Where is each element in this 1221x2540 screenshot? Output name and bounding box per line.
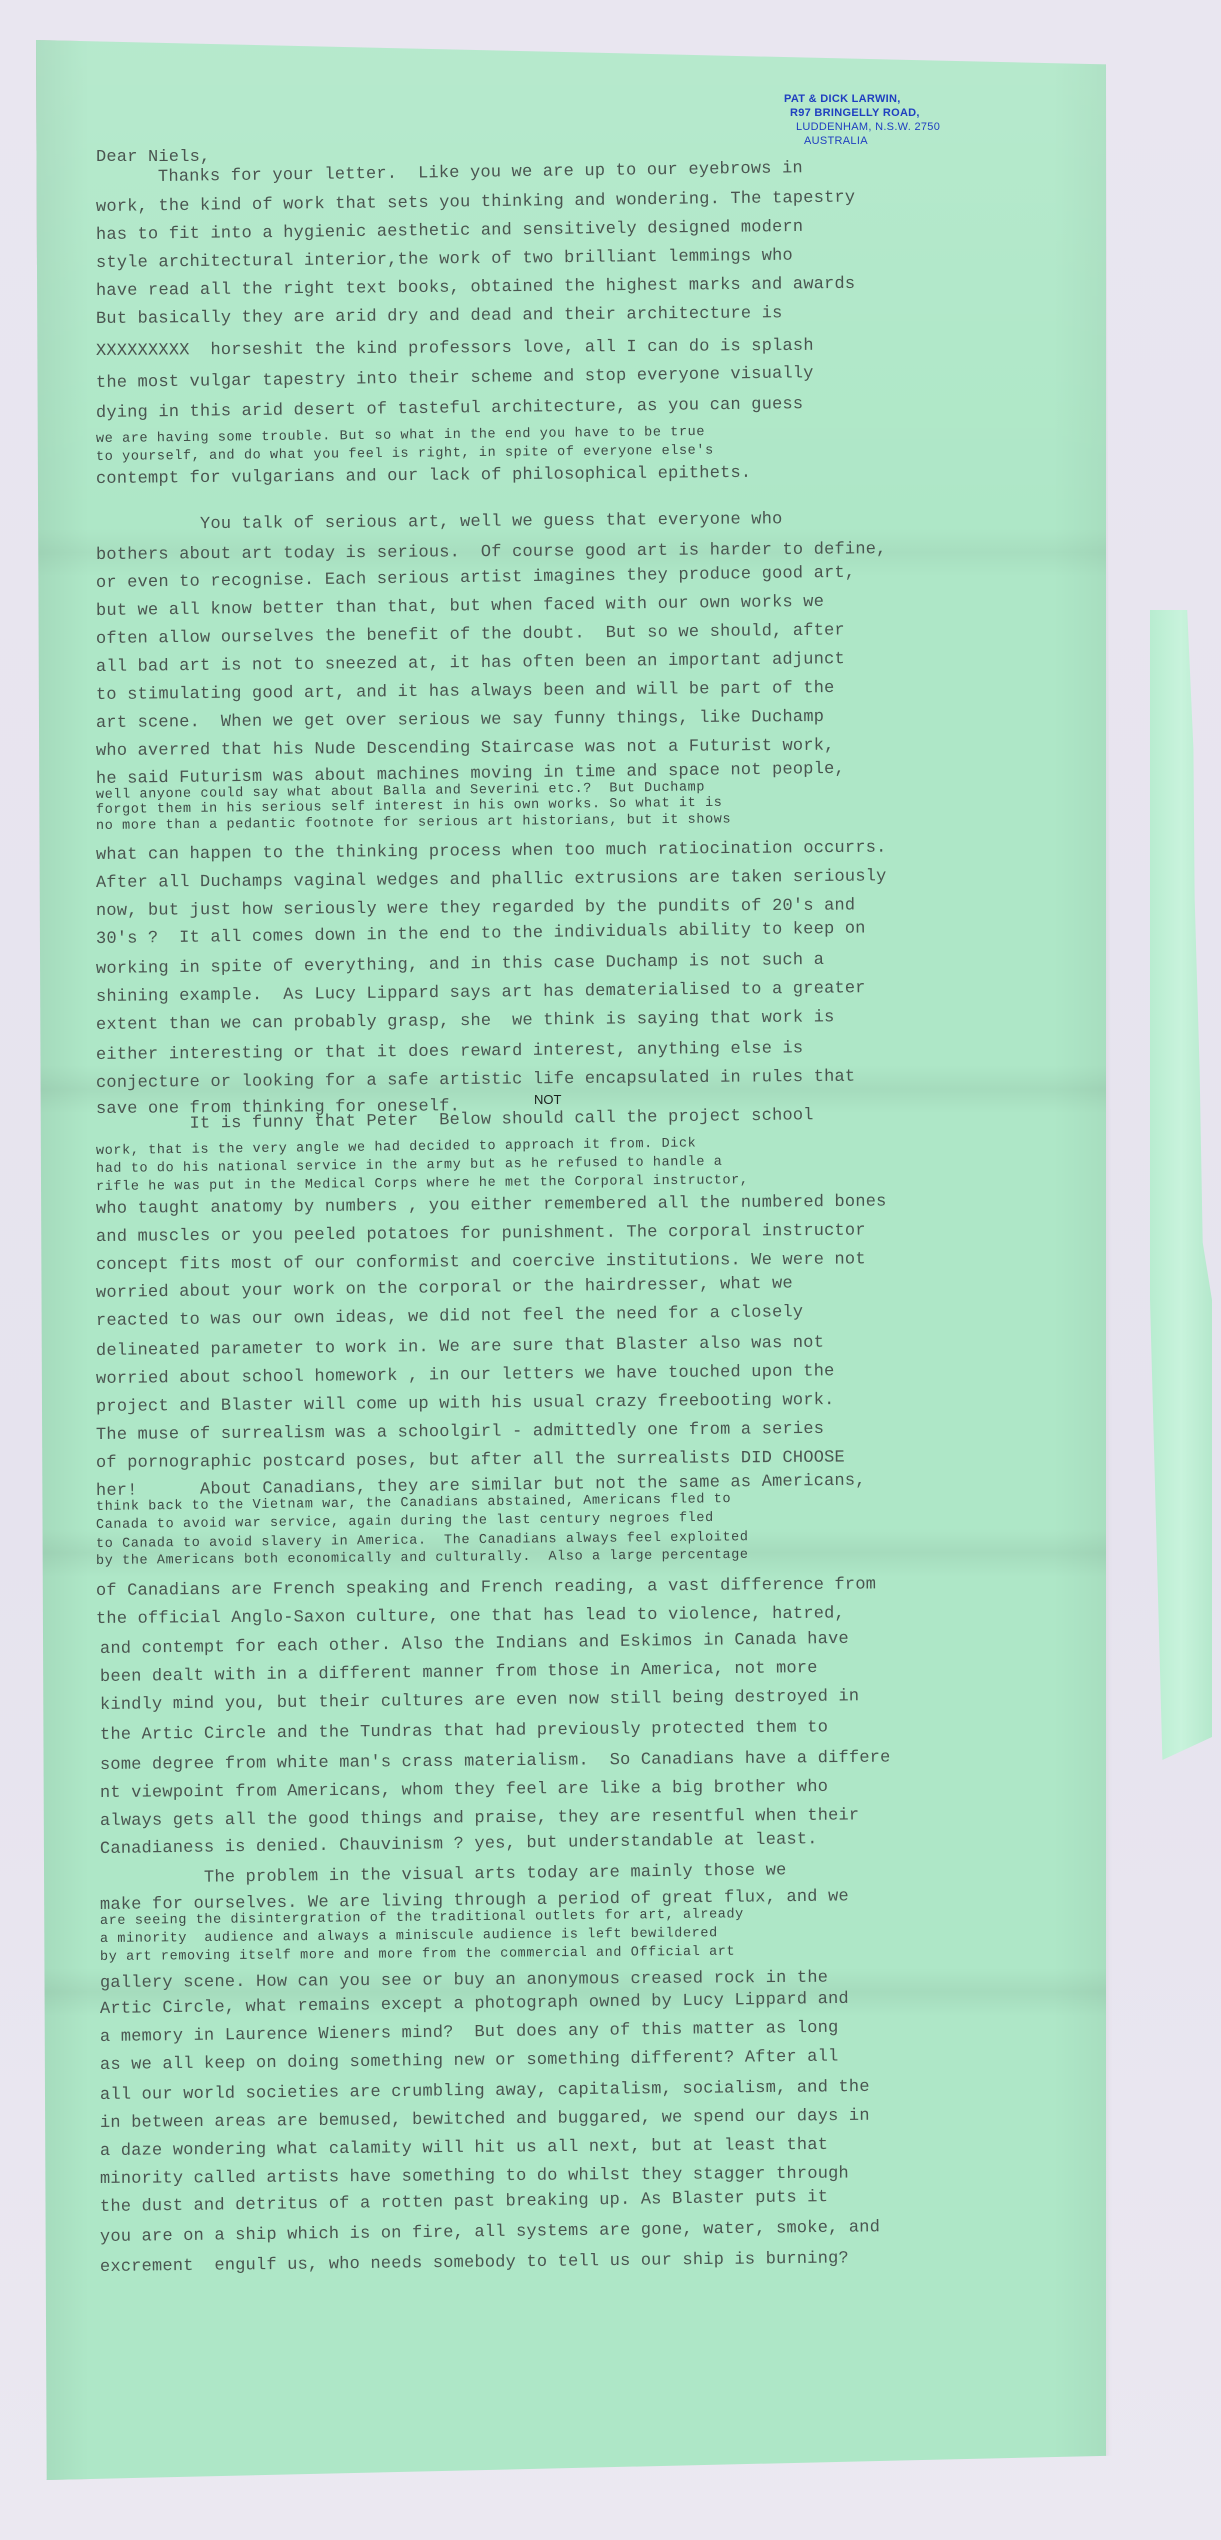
- letter-line: 30's ? It all comes down in the end to t…: [96, 920, 866, 949]
- letter-line: art scene. When we get over serious we s…: [96, 708, 824, 733]
- letter-line: work, the kind of work that sets you thi…: [96, 188, 856, 217]
- letter-line: delineated parameter to work in. We are …: [96, 1334, 824, 1361]
- letter-line: a memory in Laurence Wieners mind? But d…: [100, 2019, 839, 2047]
- letter-line: all bad art is not to sneezed at, it has…: [96, 650, 845, 677]
- letter-line: to yourself, and do what you feel is rig…: [96, 444, 714, 465]
- letter-line: been dealt with in a different manner fr…: [100, 1659, 818, 1687]
- letter-line: in between areas are bemused, bewitched …: [100, 2107, 870, 2133]
- letter-line: worried about school homework , in our l…: [96, 1362, 835, 1389]
- letter-line: and contempt for each other. Also the In…: [100, 1630, 849, 1659]
- letter-line: dying in this arid desert of tasteful ar…: [96, 395, 804, 423]
- letter-line: But basically they are arid dry and dead…: [96, 304, 783, 329]
- letter-line: Thanks for your letter. Like you we are …: [158, 159, 803, 187]
- letter-line: kindly mind you, but their cultures are …: [100, 1687, 859, 1715]
- letter-body: Dear Niels, NOT Thanks for your letter. …: [36, 40, 1106, 2480]
- letter-line: reacted to was our own ideas, we did not…: [96, 1303, 804, 1331]
- letter-line: working in spite of everything, and in t…: [96, 951, 824, 979]
- letter-line: conjecture or looking for a safe artisti…: [96, 1068, 855, 1093]
- letter-line: a daze wondering what calamity will hit …: [100, 2136, 828, 2161]
- folded-back-sheet: [1150, 610, 1212, 1760]
- salutation: Dear Niels,: [96, 148, 210, 167]
- letter-line: Canadianess is denied. Chauvinism ? yes,…: [100, 1830, 818, 1859]
- letter-line: always gets all the good things and prai…: [100, 1806, 859, 1831]
- letter-line: has to fit into a hygienic aesthetic and…: [96, 218, 804, 245]
- letter-line: bothers about art today is serious. Of c…: [96, 540, 887, 565]
- letter-line: you are on a ship which is on fire, all …: [100, 2218, 880, 2247]
- letter-line: by the Americans both economically and c…: [96, 1548, 749, 1569]
- letter-line: of Canadians are French speaking and Fre…: [96, 1575, 876, 1601]
- letter-line: a minority audience and always a miniscu…: [100, 1926, 718, 1947]
- letter-line: concept fits most of our conformist and …: [96, 1250, 866, 1275]
- letter-line: style architectural interior,the work of…: [96, 247, 793, 273]
- letter-line: who averred that his Nude Descending Sta…: [96, 737, 835, 761]
- letter-line: to stimulating good art, and it has alwa…: [96, 679, 835, 705]
- letter-line: the official Anglo-Saxon culture, one th…: [96, 1605, 845, 1629]
- letter-line: all our world societies are crumbling aw…: [100, 2078, 870, 2105]
- letter-line: Artic Circle, what remains except a phot…: [100, 1990, 849, 2019]
- letter-line: excrement engulf us, who needs somebody …: [100, 2249, 849, 2277]
- handwritten-insert-not: NOT: [534, 1092, 561, 1107]
- letter-line: but we all know better than that, but wh…: [96, 593, 824, 621]
- letter-line: what can happen to the thinking process …: [96, 839, 887, 865]
- letter-line: gallery scene. How can you see or buy an…: [100, 1969, 828, 1993]
- letter-line: by art removing itself more and more fro…: [100, 1945, 735, 1965]
- letter-line: shining example. As Lucy Lippard says ar…: [96, 979, 866, 1007]
- letter-line: who taught anatomy by numbers , you eith…: [96, 1193, 887, 1219]
- letter-line: extent than we can probably grasp, she w…: [96, 1008, 835, 1035]
- letter-line: the Artic Circle and the Tundras that ha…: [100, 1718, 828, 1745]
- letter-line: project and Blaster will come up with hi…: [96, 1391, 835, 1417]
- letter-line: You talk of serious art, well we guess t…: [96, 510, 783, 535]
- letter-line: XXXXXXXXX horseshit the kind professors …: [96, 337, 814, 361]
- letter-line: The muse of surrealism was a schoolgirl …: [96, 1420, 824, 1445]
- letter-line: or even to recognise. Each serious artis…: [96, 564, 856, 593]
- letter-line: The problem in the visual arts today are…: [100, 1861, 787, 1889]
- letter-line: minority called artists have something t…: [100, 2165, 849, 2189]
- letter-line: contempt for vulgarians and our lack of …: [96, 464, 751, 489]
- letter-line: often allow ourselves the benefit of the…: [96, 621, 845, 649]
- letter-line: either interesting or that it does rewar…: [96, 1039, 803, 1065]
- letter-line: now, but just how seriously were they re…: [96, 896, 855, 921]
- letter-line: worried about your work on the corporal …: [96, 1275, 793, 1303]
- letter-line: the most vulgar tapestry into their sche…: [96, 364, 814, 393]
- letter-line: Canada to avoid war service, again durin…: [96, 1511, 714, 1533]
- letter-line: have read all the right text books, obta…: [96, 275, 855, 301]
- letter-line: After all Duchamps vaginal wedges and ph…: [96, 867, 887, 893]
- letter-line: nt viewpoint from Americans, whom they f…: [100, 1778, 828, 1803]
- letter-line: rifle he was put in the Medical Corps wh…: [96, 1173, 749, 1195]
- letter-line: as we all keep on doing something new or…: [100, 2047, 839, 2075]
- letter-page: PAT & DICK LARWIN, R97 BRINGELLY ROAD, L…: [36, 40, 1106, 2480]
- letter-line: some degree from white man's crass mater…: [100, 1749, 891, 1775]
- letter-line: and muscles or you peeled potatoes for p…: [96, 1222, 866, 1247]
- letter-line: of pornographic postcard poses, but afte…: [96, 1449, 845, 1473]
- letter-line: the dust and detritus of a rotten past b…: [100, 2188, 828, 2217]
